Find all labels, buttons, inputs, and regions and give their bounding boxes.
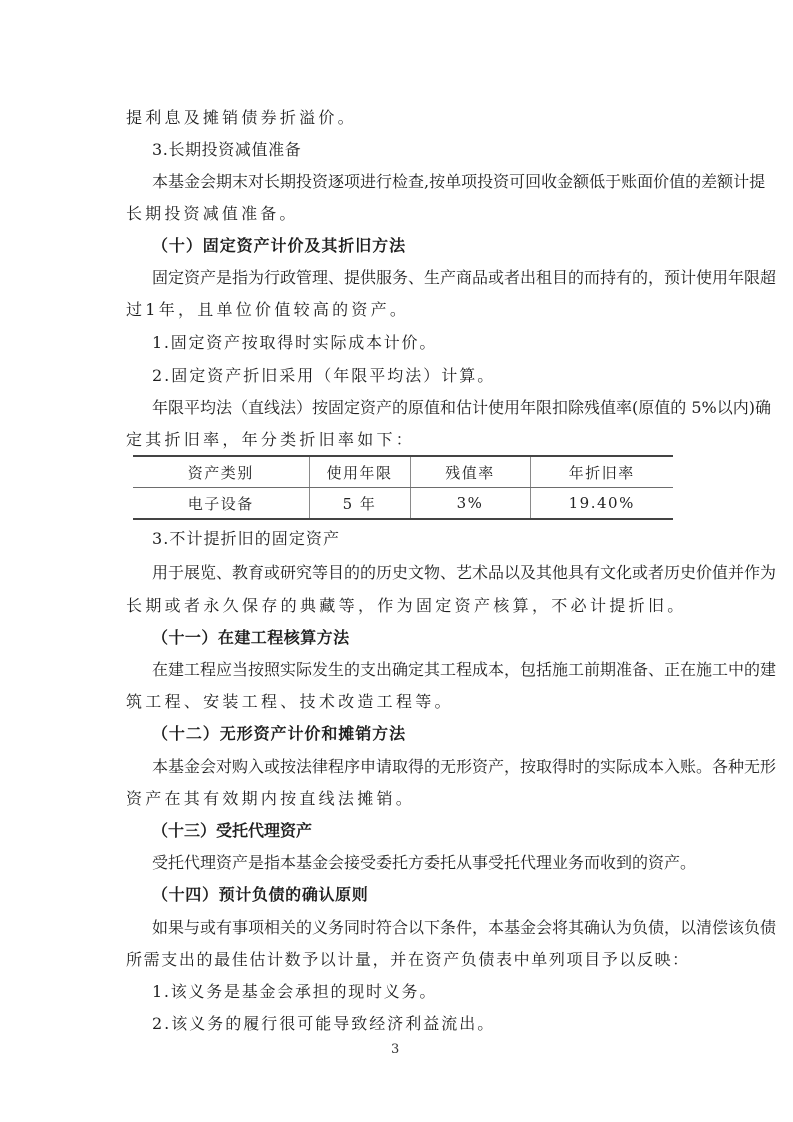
paragraph-line: 提利息及摊销债券折溢价。 bbox=[126, 108, 692, 128]
cell-asset-category: 电子设备 bbox=[133, 488, 309, 520]
paragraph-line: 3.长期投资减值准备 bbox=[152, 140, 718, 160]
paragraph-line: 在建工程应当按照实际发生的支出确定其工程成本，包括施工前期准备、正在施工中的建 bbox=[152, 660, 718, 680]
header-useful-life: 使用年限 bbox=[309, 456, 410, 488]
header-asset-category: 资产类别 bbox=[133, 456, 309, 488]
paragraph-line: 长期或者永久保存的典藏等，作为固定资产核算，不必计提折旧。 bbox=[126, 596, 692, 616]
paragraph-line: 固定资产是指为行政管理、提供服务、生产商品或者出租目的而持有的，预计使用年限超 bbox=[152, 268, 718, 288]
paragraph-line: 1.固定资产按取得时实际成本计价。 bbox=[152, 333, 718, 353]
paragraph-line: 用于展览、教育或研究等目的的历史文物、艺术品以及其他具有文化或者历史价值并作为 bbox=[152, 563, 718, 583]
section-heading: （十二）无形资产计价和摊销方法 bbox=[152, 724, 718, 744]
cell-useful-life: 5 年 bbox=[309, 488, 410, 520]
paragraph-line: 所需支出的最佳估计数予以计量，并在资产负债表中单列项目予以反映： bbox=[126, 950, 692, 970]
paragraph-line: 3.不计提折旧的固定资产 bbox=[152, 529, 718, 549]
paragraph-line: 受托代理资产是指本基金会接受委托方委托从事受托代理业务而收到的资产。 bbox=[152, 853, 718, 873]
header-annual-depreciation-rate: 年折旧率 bbox=[530, 456, 673, 488]
paragraph-line: 筑工程、安装工程、技术改造工程等。 bbox=[126, 692, 692, 712]
depreciation-rate-table: 资产类别 使用年限 残值率 年折旧率 电子设备 5 年 3% 19.40% bbox=[133, 455, 673, 520]
paragraph-line: 长期投资减值准备。 bbox=[126, 204, 692, 224]
header-residual-rate: 残值率 bbox=[410, 456, 530, 488]
cell-annual-depreciation-rate: 19.40% bbox=[530, 488, 673, 520]
paragraph-line: 本基金会期末对长期投资逐项进行检查,按单项投资可回收金额低于账面价值的差额计提 bbox=[152, 172, 718, 192]
paragraph-line: 资产在其有效期内按直线法摊销。 bbox=[126, 789, 692, 809]
table-row: 电子设备 5 年 3% 19.40% bbox=[133, 488, 673, 520]
section-heading: （十）固定资产计价及其折旧方法 bbox=[152, 236, 718, 256]
paragraph-line: 2.该义务的履行很可能导致经济利益流出。 bbox=[152, 1014, 718, 1034]
paragraph-line: 定其折旧率，年分类折旧率如下： bbox=[126, 430, 692, 450]
section-heading: （十一）在建工程核算方法 bbox=[152, 628, 718, 648]
section-heading: （十四）预计负债的确认原则 bbox=[152, 885, 718, 905]
paragraph-line: 如果与或有事项相关的义务同时符合以下条件，本基金会将其确认为负债，以清偿该负债 bbox=[152, 918, 718, 938]
document-page: 提利息及摊销债券折溢价。3.长期投资减值准备本基金会期末对长期投资逐项进行检查,… bbox=[0, 0, 793, 1122]
paragraph-line: 本基金会对购入或按法律程序申请取得的无形资产，按取得时的实际成本入账。各种无形 bbox=[152, 757, 718, 777]
paragraph-line: 1.该义务是基金会承担的现时义务。 bbox=[152, 982, 718, 1002]
table-header-row: 资产类别 使用年限 残值率 年折旧率 bbox=[133, 456, 673, 488]
cell-residual-rate: 3% bbox=[410, 488, 530, 520]
paragraph-line: 2.固定资产折旧采用（年限平均法）计算。 bbox=[152, 366, 718, 386]
section-heading: （十三）受托代理资产 bbox=[152, 821, 718, 841]
paragraph-line: 年限平均法（直线法）按固定资产的原值和估计使用年限扣除残值率(原值的 5%以内)… bbox=[152, 398, 718, 418]
page-number: 3 bbox=[391, 1042, 399, 1057]
paragraph-line: 过1年，且单位价值较高的资产。 bbox=[126, 300, 692, 320]
